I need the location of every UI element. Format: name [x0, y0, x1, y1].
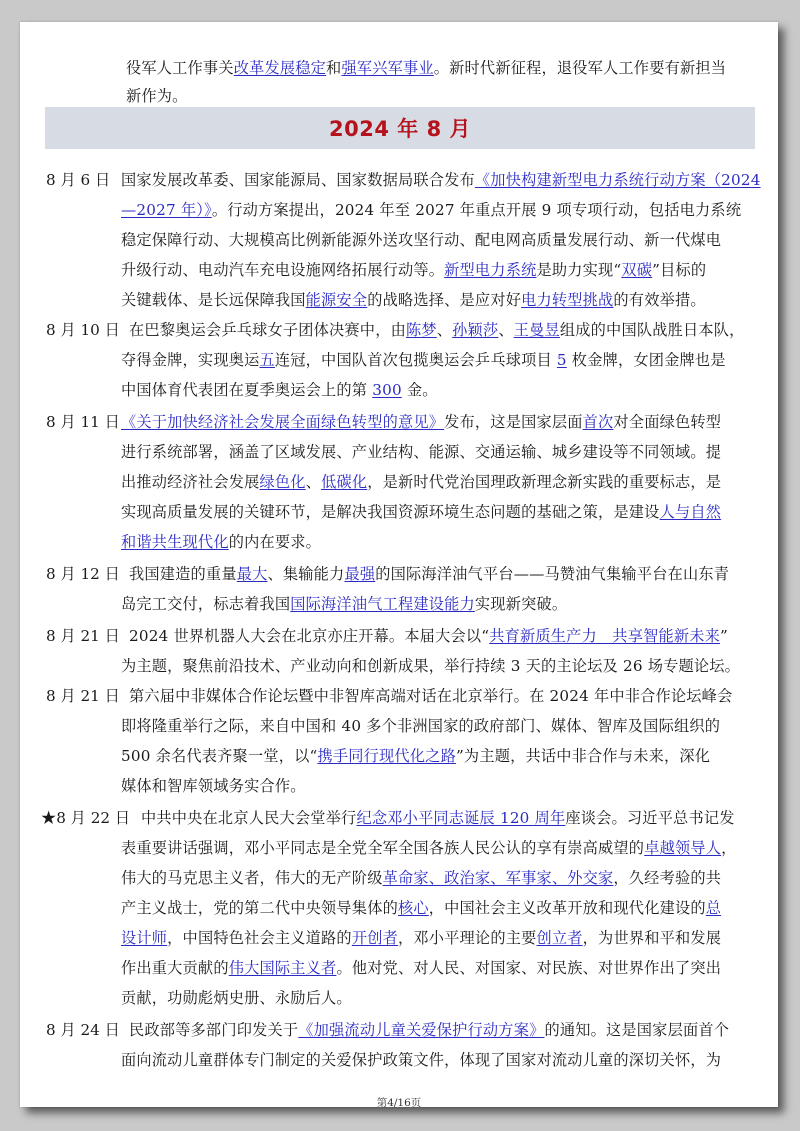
hyperlink[interactable]: 纪念邓小平同志诞辰 120 周年 — [356, 809, 565, 827]
text-run: 连冠，中国队首次包揽奥运会乒乓球项目 — [275, 351, 557, 369]
entry-text-line: 在巴黎奥运会乒乓球女子团体决赛中，由陈梦、孙颖莎、王曼昱组成的中国队战胜日本队， — [129, 320, 745, 340]
hyperlink[interactable]: 新型电力系统 — [444, 261, 536, 279]
text-run: 2024 世界机器人大会在北京亦庄开幕。本届大会以“ — [129, 627, 489, 645]
text-run: ， — [721, 839, 736, 857]
entry-text-line: 中共中央在北京人民大会堂举行纪念邓小平同志诞辰 120 周年座谈会。习近平总书记… — [141, 808, 735, 828]
intro-line-2: 新作为。 — [126, 86, 188, 106]
intro-line-1: 役军人工作事关改革发展稳定和强军兴军事业。新时代新征程，退役军人工作要有新担当 — [126, 58, 726, 78]
text-run: 实现高质量发展的关键环节，是解决我国资源环境生态问题的基础之策，是建设 — [121, 503, 660, 521]
hyperlink[interactable]: 改革发展稳定 — [234, 59, 326, 77]
hyperlink[interactable]: 陈梦 — [406, 321, 437, 339]
hyperlink[interactable]: 伟大国际主义者 — [229, 959, 337, 977]
text-run: 500 余名代表齐聚一堂，以“ — [121, 747, 317, 765]
text-run: 对全面绿色转型 — [613, 413, 721, 431]
text-run: 即将隆重举行之际，来自中国和 40 多个非洲国家的政府部门、媒体、智库及国际组织… — [121, 717, 720, 735]
text-run: 的内在要求。 — [229, 533, 321, 551]
entry-text-line: 第六届中非媒体合作论坛暨中非智库高端对话在北京举行。在 2024 年中非合作论坛… — [129, 686, 732, 706]
hyperlink[interactable]: 绿色化 — [260, 473, 306, 491]
text-run: ”为主题，共话中非合作与未来，深化 — [456, 747, 710, 765]
entry-text-line: 《关于加快经济社会发展全面绿色转型的意见》发布，这是国家层面首次对全面绿色转型 — [121, 412, 721, 432]
text-run: 民政部等多部门印发关于 — [129, 1021, 298, 1039]
text-run: 出推动经济社会发展 — [121, 473, 260, 491]
text-run: 在巴黎奥运会乒乓球女子团体决赛中，由 — [129, 321, 406, 339]
text-run: 国家发展改革委、国家能源局、国家数据局联合发布 — [121, 171, 475, 189]
entry-text-line: 和谐共生现代化的内在要求。 — [121, 532, 321, 552]
text-run: 关键载体、是长远保障我国 — [121, 291, 306, 309]
hyperlink[interactable]: 共育新质生产力 共享智能新未来 — [489, 627, 720, 645]
text-run: 组成的中国队战胜日本队， — [560, 321, 745, 339]
entry-text-line: 夺得金牌，实现奥运五连冠，中国队首次包揽奥运会乒乓球项目 5 枚金牌，女团金牌也… — [121, 350, 726, 370]
entry-date: 8 月 6 日 — [46, 170, 110, 190]
month-heading-band: 2024 年 8 月 — [45, 107, 755, 149]
text-run: ，中国社会主义改革开放和现代化建设的 — [429, 899, 706, 917]
hyperlink[interactable]: 5 — [557, 351, 567, 369]
entry-text-line: 我国建造的重量最大、集输能力最强的国际海洋油气平台——马赞油气集输平台在山东青 — [129, 564, 729, 584]
entry-date: ★8 月 22 日 — [41, 808, 130, 828]
document-page: 役军人工作事关改革发展稳定和强军兴军事业。新时代新征程，退役军人工作要有新担当 … — [20, 22, 778, 1107]
text-run: 、 — [437, 321, 452, 339]
hyperlink[interactable]: 《加快构建新型电力系统行动方案（2024 — [475, 171, 761, 189]
text-run: 的有效举措。 — [613, 291, 705, 309]
text-run: 进行系统部署，涵盖了区域发展、产业结构、能源、交通运输、城乡建设等不同领域。提 — [121, 443, 721, 461]
entry-text-line: 贡献，功勋彪炳史册、永励后人。 — [121, 988, 352, 1008]
entry-date: 8 月 24 日 — [46, 1020, 120, 1040]
text-run: 作出重大贡献的 — [121, 959, 229, 977]
text-run: 。新时代新征程，退役军人工作要有新担当 — [434, 59, 726, 77]
entry-text-line: 500 余名代表齐聚一堂，以“携手同行现代化之路”为主题，共话中非合作与未来，深… — [121, 746, 710, 766]
text-run: 中共中央在北京人民大会堂举行 — [141, 809, 356, 827]
text-run: ”目标的 — [652, 261, 706, 279]
text-run: 新作为。 — [126, 87, 188, 105]
text-run: ，久经考验的共 — [613, 869, 721, 887]
text-run: 的国际海洋油气平台——马赞油气集输平台在山东青 — [375, 565, 729, 583]
text-run: ，邓小平理论的主要 — [398, 929, 537, 947]
hyperlink[interactable]: 创立者 — [537, 929, 583, 947]
hyperlink[interactable]: 强军兴军事业 — [341, 59, 433, 77]
entry-text-line: 媒体和智库领域务实合作。 — [121, 776, 306, 796]
entry-date: 8 月 21 日 — [46, 626, 120, 646]
text-run: 表重要讲话强调，邓小平同志是全党全军全国各族人民公认的享有崇高威望的 — [121, 839, 644, 857]
hyperlink[interactable]: 国际海洋油气工程建设能力 — [290, 595, 475, 613]
hyperlink[interactable]: 300 — [372, 381, 402, 399]
hyperlink[interactable]: 电力转型挑战 — [521, 291, 613, 309]
text-run: 贡献，功勋彪炳史册、永励后人。 — [121, 989, 352, 1007]
text-run: 我国建造的重量 — [129, 565, 237, 583]
hyperlink[interactable]: 低碳化 — [321, 473, 367, 491]
text-run: 。行动方案提出，2024 年至 2027 年重点开展 9 项专项行动，包括电力系… — [212, 201, 741, 219]
entry-text-line: 伟大的马克思主义者，伟大的无产阶级革命家、政治家、军事家、外交家，久经考验的共 — [121, 868, 721, 888]
hyperlink[interactable]: 《关于加快经济社会发展全面绿色转型的意见》 — [121, 413, 444, 431]
text-run: 和 — [326, 59, 341, 77]
text-run: 座谈会。习近平总书记发 — [565, 809, 734, 827]
hyperlink[interactable]: 《加强流动儿童关爱保护行动方案》 — [298, 1021, 544, 1039]
hyperlink[interactable]: 双碳 — [621, 261, 652, 279]
text-run: 伟大的马克思主义者，伟大的无产阶级 — [121, 869, 383, 887]
text-run: 面向流动儿童群体专门制定的关爱保护政策文件，体现了国家对流动儿童的深切关怀，为 — [121, 1051, 721, 1069]
entry-text-line: 稳定保障行动、大规模高比例新能源外送攻坚行动、配电网高质量发展行动、新一代煤电 — [121, 230, 721, 250]
text-run: 的战略选择、是应对好 — [367, 291, 521, 309]
text-run: 媒体和智库领域务实合作。 — [121, 777, 306, 795]
entry-date: 8 月 10 日 — [46, 320, 120, 340]
entry-text-line: 出推动经济社会发展绿色化、低碳化，是新时代党治国理政新理念新实践的重要标志，是 — [121, 472, 721, 492]
hyperlink[interactable]: —2027 年）》 — [121, 201, 212, 219]
hyperlink[interactable]: 最大 — [237, 565, 268, 583]
text-run: ，为世界和平和发展 — [583, 929, 722, 947]
text-run: 、集输能力 — [268, 565, 345, 583]
hyperlink[interactable]: 能源安全 — [306, 291, 368, 309]
text-run: 稳定保障行动、大规模高比例新能源外送攻坚行动、配电网高质量发展行动、新一代煤电 — [121, 231, 721, 249]
entry-date: 8 月 12 日 — [46, 564, 120, 584]
entry-text-line: 面向流动儿童群体专门制定的关爱保护政策文件，体现了国家对流动儿童的深切关怀，为 — [121, 1050, 721, 1070]
entry-text-line: 实现高质量发展的关键环节，是解决我国资源环境生态问题的基础之策，是建设人与自然 — [121, 502, 721, 522]
entry-date: 8 月 21 日 — [46, 686, 120, 706]
hyperlink[interactable]: 革命家、政治家、军事家、外交家 — [383, 869, 614, 887]
entry-text-line: 国家发展改革委、国家能源局、国家数据局联合发布《加快构建新型电力系统行动方案（2… — [121, 170, 761, 190]
text-run: 、 — [498, 321, 513, 339]
page-number: 第4/16页 — [20, 1095, 778, 1107]
text-run: 第六届中非媒体合作论坛暨中非智库高端对话在北京举行。在 2024 年中非合作论坛… — [129, 687, 732, 705]
entry-text-line: 为主题，聚焦前沿技术、产业动向和创新成果，举行持续 3 天的主论坛及 26 场专… — [121, 656, 740, 676]
entry-text-line: 进行系统部署，涵盖了区域发展、产业结构、能源、交通运输、城乡建设等不同领域。提 — [121, 442, 721, 462]
hyperlink[interactable]: 五 — [260, 351, 275, 369]
text-run: ，是新时代党治国理政新理念新实践的重要标志，是 — [367, 473, 721, 491]
hyperlink[interactable]: 孙颖莎 — [452, 321, 498, 339]
hyperlink[interactable]: 王曼昱 — [514, 321, 560, 339]
entry-text-line: 岛完工交付，标志着我国国际海洋油气工程建设能力实现新突破。 — [121, 594, 567, 614]
text-run: 是助力实现“ — [536, 261, 621, 279]
hyperlink[interactable]: 核心 — [398, 899, 429, 917]
hyperlink[interactable]: 首次 — [583, 413, 614, 431]
hyperlink[interactable]: 和谐共生现代化 — [121, 533, 229, 551]
text-run: 升级行动、电动汽车充电设施网络拓展行动等。 — [121, 261, 444, 279]
entry-text-line: —2027 年）》。行动方案提出，2024 年至 2027 年重点开展 9 项专… — [121, 200, 741, 220]
text-run: ” — [720, 627, 728, 645]
text-run: 役军人工作事关 — [126, 59, 234, 77]
entry-text-line: 设计师，中国特色社会主义道路的开创者，邓小平理论的主要创立者，为世界和平和发展 — [121, 928, 721, 948]
hyperlink[interactable]: 开创者 — [352, 929, 398, 947]
hyperlink[interactable]: 设计师 — [121, 929, 167, 947]
text-run: 产主义战士，党的第二代中央领导集体的 — [121, 899, 398, 917]
text-run: 、 — [306, 473, 321, 491]
text-run: 夺得金牌，实现奥运 — [121, 351, 260, 369]
text-run: 岛完工交付，标志着我国 — [121, 595, 290, 613]
month-heading: 2024 年 8 月 — [329, 113, 471, 143]
entry-text-line: 民政部等多部门印发关于《加强流动儿童关爱保护行动方案》的通知。这是国家层面首个 — [129, 1020, 729, 1040]
hyperlink[interactable]: 最强 — [344, 565, 375, 583]
text-run: 的通知。这是国家层面首个 — [544, 1021, 729, 1039]
entry-text-line: 升级行动、电动汽车充电设施网络拓展行动等。新型电力系统是助力实现“双碳”目标的 — [121, 260, 706, 280]
hyperlink[interactable]: 卓越领导人 — [644, 839, 721, 857]
hyperlink[interactable]: 人与自然 — [660, 503, 722, 521]
text-run: 枚金牌，女团金牌也是 — [567, 351, 726, 369]
entry-text-line: 中国体育代表团在夏季奥运会上的第 300 金。 — [121, 380, 438, 400]
entry-text-line: 关键载体、是长远保障我国能源安全的战略选择、是应对好电力转型挑战的有效举措。 — [121, 290, 706, 310]
entry-text-line: 产主义战士，党的第二代中央领导集体的核心，中国社会主义改革开放和现代化建设的总 — [121, 898, 721, 918]
entry-text-line: 即将隆重举行之际，来自中国和 40 多个非洲国家的政府部门、媒体、智库及国际组织… — [121, 716, 720, 736]
entry-text-line: 2024 世界机器人大会在北京亦庄开幕。本届大会以“共育新质生产力 共享智能新未… — [129, 626, 728, 646]
hyperlink[interactable]: 总 — [706, 899, 721, 917]
text-run: 。他对党、对人民、对国家、对民族、对世界作出了突出 — [336, 959, 721, 977]
entry-date: 8 月 11 日 — [46, 412, 120, 432]
text-run: 为主题，聚焦前沿技术、产业动向和创新成果，举行持续 3 天的主论坛及 26 场专… — [121, 657, 740, 675]
text-run: 发布，这是国家层面 — [444, 413, 583, 431]
text-run: ，中国特色社会主义道路的 — [167, 929, 352, 947]
entry-text-line: 表重要讲话强调，邓小平同志是全党全军全国各族人民公认的享有崇高威望的卓越领导人， — [121, 838, 737, 858]
hyperlink[interactable]: 携手同行现代化之路 — [317, 747, 456, 765]
text-run: 金。 — [402, 381, 438, 399]
text-run: 实现新突破。 — [475, 595, 567, 613]
text-run: 中国体育代表团在夏季奥运会上的第 — [121, 381, 372, 399]
entry-text-line: 作出重大贡献的伟大国际主义者。他对党、对人民、对国家、对民族、对世界作出了突出 — [121, 958, 721, 978]
